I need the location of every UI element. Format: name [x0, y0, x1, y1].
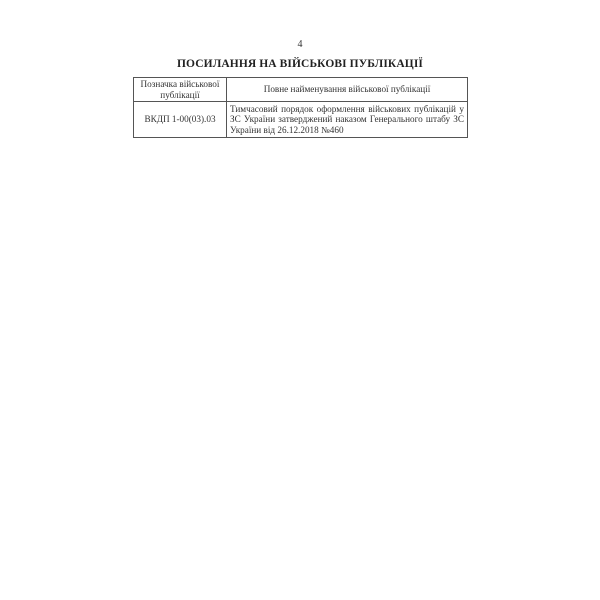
table-row: ВКДП 1-00(03).03 Тимчасовий порядок офор…: [134, 102, 468, 138]
publication-code-cell: ВКДП 1-00(03).03: [134, 102, 227, 138]
header-publication-code: Позначка військової публікації: [134, 78, 227, 102]
references-table: Позначка військової публікації Повне най…: [133, 77, 468, 138]
section-title: ПОСИЛАННЯ НА ВІЙСЬКОВІ ПУБЛІКАЦІЇ: [0, 58, 600, 70]
header-publication-name: Повне найменування військової публікації: [227, 78, 468, 102]
document-page: 4 ПОСИЛАННЯ НА ВІЙСЬКОВІ ПУБЛІКАЦІЇ Позн…: [0, 0, 600, 600]
table-header-row: Позначка військової публікації Повне най…: [134, 78, 468, 102]
publication-name-cell: Тимчасовий порядок оформлення військових…: [227, 102, 468, 138]
page-number: 4: [0, 39, 600, 50]
